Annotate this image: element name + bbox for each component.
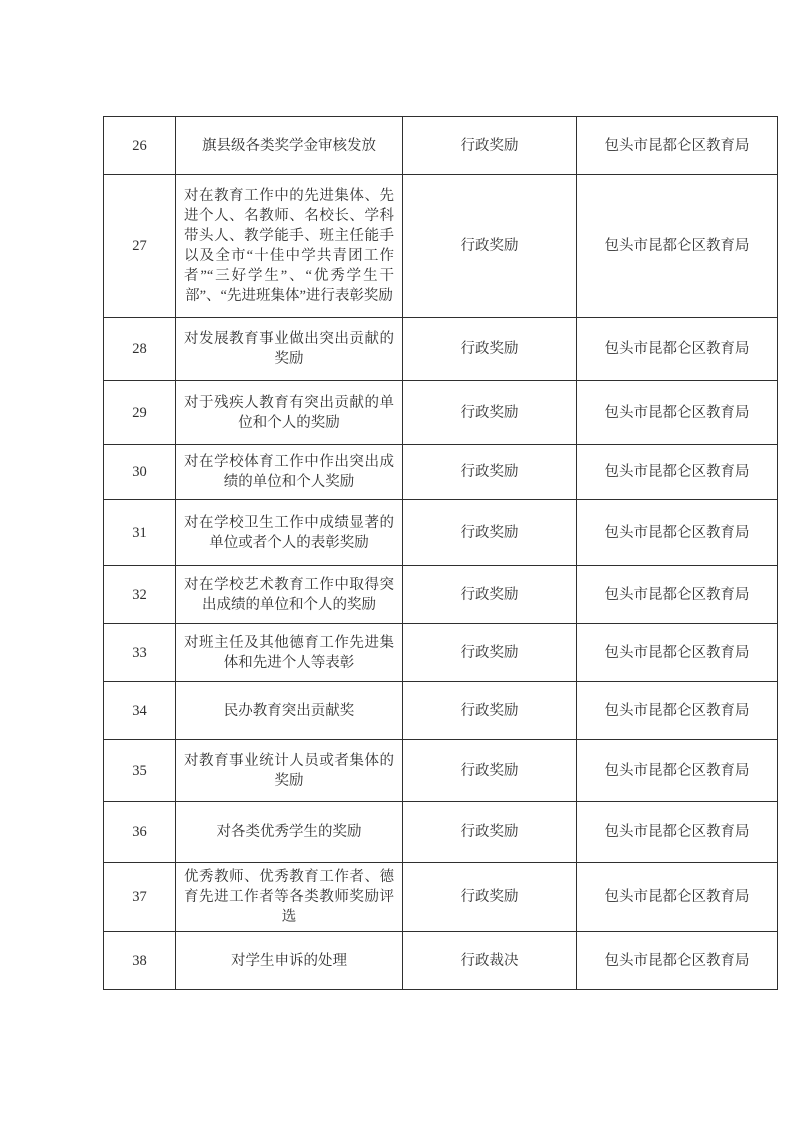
table-row: 38 对学生申诉的处理 行政裁决 包头市昆都仑区教育局 (104, 932, 778, 990)
table-row: 36 对各类优秀学生的奖励 行政奖励 包头市昆都仑区教育局 (104, 802, 778, 863)
table-row: 30 对在学校体育工作中作出突出成绩的单位和个人奖励 行政奖励 包头市昆都仑区教… (104, 445, 778, 500)
category-cell: 行政奖励 (403, 381, 577, 445)
item-name-cell: 对在教育工作中的先进集体、先进个人、名教师、名校长、学科带头人、教学能手、班主任… (176, 175, 403, 318)
department-cell: 包头市昆都仑区教育局 (577, 445, 778, 500)
department-cell: 包头市昆都仑区教育局 (577, 682, 778, 740)
item-name-cell: 对教育事业统计人员或者集体的奖励 (176, 740, 403, 802)
row-number-cell: 28 (104, 318, 176, 381)
category-cell: 行政奖励 (403, 863, 577, 932)
department-cell: 包头市昆都仑区教育局 (577, 932, 778, 990)
row-number-cell: 31 (104, 500, 176, 566)
table-row: 29 对于残疾人教育有突出贡献的单位和个人的奖励 行政奖励 包头市昆都仑区教育局 (104, 381, 778, 445)
category-cell: 行政奖励 (403, 318, 577, 381)
item-name-cell: 对在学校艺术教育工作中取得突出成绩的单位和个人的奖励 (176, 566, 403, 624)
row-number-cell: 35 (104, 740, 176, 802)
department-cell: 包头市昆都仑区教育局 (577, 175, 778, 318)
item-name-cell: 优秀教师、优秀教育工作者、德育先进工作者等各类教师奖励评选 (176, 863, 403, 932)
department-cell: 包头市昆都仑区教育局 (577, 863, 778, 932)
category-cell: 行政奖励 (403, 117, 577, 175)
category-cell: 行政裁决 (403, 932, 577, 990)
category-cell: 行政奖励 (403, 682, 577, 740)
item-name-cell: 对学生申诉的处理 (176, 932, 403, 990)
category-cell: 行政奖励 (403, 802, 577, 863)
category-cell: 行政奖励 (403, 566, 577, 624)
department-cell: 包头市昆都仑区教育局 (577, 624, 778, 682)
document-page: 26 旗县级各类奖学金审核发放 行政奖励 包头市昆都仑区教育局 27 对在教育工… (0, 0, 793, 1122)
row-number-cell: 34 (104, 682, 176, 740)
table-row: 37 优秀教师、优秀教育工作者、德育先进工作者等各类教师奖励评选 行政奖励 包头… (104, 863, 778, 932)
item-name-cell: 对在学校卫生工作中成绩显著的单位或者个人的表彰奖励 (176, 500, 403, 566)
table-row: 34 民办教育突出贡献奖 行政奖励 包头市昆都仑区教育局 (104, 682, 778, 740)
item-name-cell: 对于残疾人教育有突出贡献的单位和个人的奖励 (176, 381, 403, 445)
row-number-cell: 33 (104, 624, 176, 682)
row-number-cell: 38 (104, 932, 176, 990)
table-row: 32 对在学校艺术教育工作中取得突出成绩的单位和个人的奖励 行政奖励 包头市昆都… (104, 566, 778, 624)
item-name-cell: 对发展教育事业做出突出贡献的奖励 (176, 318, 403, 381)
table-row: 35 对教育事业统计人员或者集体的奖励 行政奖励 包头市昆都仑区教育局 (104, 740, 778, 802)
department-cell: 包头市昆都仑区教育局 (577, 566, 778, 624)
item-name-cell: 对各类优秀学生的奖励 (176, 802, 403, 863)
category-cell: 行政奖励 (403, 175, 577, 318)
table-row: 28 对发展教育事业做出突出贡献的奖励 行政奖励 包头市昆都仑区教育局 (104, 318, 778, 381)
row-number-cell: 29 (104, 381, 176, 445)
item-name-cell: 旗县级各类奖学金审核发放 (176, 117, 403, 175)
department-cell: 包头市昆都仑区教育局 (577, 500, 778, 566)
power-list-table: 26 旗县级各类奖学金审核发放 行政奖励 包头市昆都仑区教育局 27 对在教育工… (103, 116, 778, 990)
category-cell: 行政奖励 (403, 500, 577, 566)
table-row: 26 旗县级各类奖学金审核发放 行政奖励 包头市昆都仑区教育局 (104, 117, 778, 175)
item-name-cell: 对班主任及其他德育工作先进集体和先进个人等表彰 (176, 624, 403, 682)
table-row: 27 对在教育工作中的先进集体、先进个人、名教师、名校长、学科带头人、教学能手、… (104, 175, 778, 318)
department-cell: 包头市昆都仑区教育局 (577, 802, 778, 863)
department-cell: 包头市昆都仑区教育局 (577, 381, 778, 445)
row-number-cell: 32 (104, 566, 176, 624)
department-cell: 包头市昆都仑区教育局 (577, 318, 778, 381)
department-cell: 包头市昆都仑区教育局 (577, 117, 778, 175)
table-row: 31 对在学校卫生工作中成绩显著的单位或者个人的表彰奖励 行政奖励 包头市昆都仑… (104, 500, 778, 566)
table-row: 33 对班主任及其他德育工作先进集体和先进个人等表彰 行政奖励 包头市昆都仑区教… (104, 624, 778, 682)
row-number-cell: 27 (104, 175, 176, 318)
item-name-cell: 对在学校体育工作中作出突出成绩的单位和个人奖励 (176, 445, 403, 500)
row-number-cell: 26 (104, 117, 176, 175)
category-cell: 行政奖励 (403, 624, 577, 682)
category-cell: 行政奖励 (403, 445, 577, 500)
row-number-cell: 36 (104, 802, 176, 863)
item-name-cell: 民办教育突出贡献奖 (176, 682, 403, 740)
row-number-cell: 37 (104, 863, 176, 932)
row-number-cell: 30 (104, 445, 176, 500)
department-cell: 包头市昆都仑区教育局 (577, 740, 778, 802)
category-cell: 行政奖励 (403, 740, 577, 802)
